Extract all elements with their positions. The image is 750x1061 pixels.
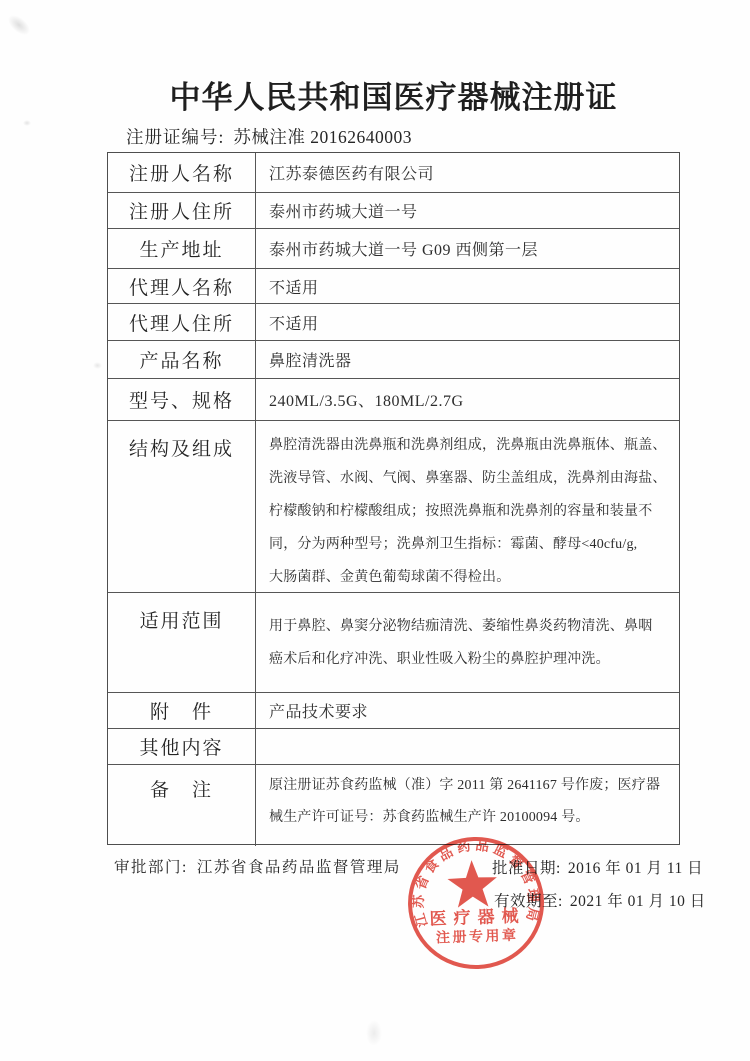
table-row: 代理人住所 不适用 (108, 304, 679, 341)
row-value: 产品技术要求 (256, 693, 679, 728)
row-value: 泰州市药城大道一号 (256, 193, 679, 228)
approval-date-label: 批准日期: (492, 860, 561, 877)
row-value: 用于鼻腔、鼻窦分泌物结痂清洗、萎缩性鼻炎药物清洗、鼻咽 癌术后和化疗冲洗、职业性… (256, 593, 679, 692)
row-value: 原注册证苏食药监械（准）字 2011 第 2641167 号作废；医疗器 械生产… (256, 765, 679, 846)
row-label: 注册人住所 (108, 193, 256, 228)
table-row: 注册人住所 泰州市药城大道一号 (108, 193, 679, 229)
valid-until-line: 有效期至:2021 年 01 月 10 日 (494, 889, 706, 911)
row-label: 代理人名称 (108, 269, 256, 303)
star-icon (447, 859, 498, 908)
row-label: 注册人名称 (108, 153, 256, 192)
document-title: 中华人民共和国医疗器械注册证 (107, 72, 680, 117)
registration-number-label: 注册证编号: (126, 127, 224, 147)
registration-number-value: 苏械注准 20162640003 (233, 127, 412, 147)
row-label: 适用范围 (108, 593, 256, 692)
table-row: 其他内容 (108, 729, 679, 765)
registration-number-line: 注册证编号:苏械注准 20162640003 (126, 124, 412, 149)
approval-date-value: 2016 年 01 月 11 日 (568, 860, 703, 877)
table-row: 代理人名称 不适用 (108, 269, 679, 304)
approval-date-line: 批准日期:2016 年 01 月 11 日 (492, 856, 703, 878)
scan-smudge (93, 362, 102, 369)
row-label: 备 注 (108, 765, 256, 846)
approval-department-label: 审批部门: (114, 859, 188, 876)
row-label: 产品名称 (108, 341, 256, 378)
scanned-certificate-page: 中华人民共和国医疗器械注册证 注册证编号:苏械注准 20162640003 注册… (0, 0, 750, 1061)
scan-smudge (366, 1020, 382, 1046)
seal-line2: 注册专用章 (436, 927, 519, 947)
row-label: 代理人住所 (108, 304, 256, 340)
table-row: 备 注 原注册证苏食药监械（准）字 2011 第 2641167 号作废；医疗器… (108, 765, 679, 846)
table-row: 生产地址 泰州市药城大道一号 G09 西侧第一层 (108, 229, 679, 269)
scan-smudge (23, 120, 31, 126)
valid-until-value: 2021 年 01 月 10 日 (570, 893, 706, 910)
row-value: 鼻腔清洗器 (256, 341, 679, 378)
row-label: 结构及组成 (108, 421, 256, 592)
scan-smudge (5, 11, 34, 38)
row-value: 泰州市药城大道一号 G09 西侧第一层 (256, 229, 679, 268)
row-value: 不适用 (256, 304, 679, 340)
valid-until-label: 有效期至: (494, 893, 563, 910)
row-value: 江苏泰德医药有限公司 (256, 153, 679, 192)
approval-department-value: 江苏省食品药品监督管理局 (197, 859, 401, 876)
table-row: 产品名称 鼻腔清洗器 (108, 341, 679, 379)
certificate-table: 注册人名称 江苏泰德医药有限公司 注册人住所 泰州市药城大道一号 生产地址 泰州… (107, 152, 680, 845)
table-row: 注册人名称 江苏泰德医药有限公司 (108, 153, 679, 193)
table-row: 型号、规格 240ML/3.5G、180ML/2.7G (108, 379, 679, 421)
table-row: 适用范围 用于鼻腔、鼻窦分泌物结痂清洗、萎缩性鼻炎药物清洗、鼻咽 癌术后和化疗冲… (108, 593, 679, 693)
approval-department-line: 审批部门:江苏省食品药品监督管理局 (114, 855, 401, 877)
row-label: 附 件 (108, 693, 256, 728)
row-value: 不适用 (256, 269, 679, 303)
seal-arc-text: 江苏省食品药品监督管理局 (407, 834, 542, 931)
row-value (256, 729, 679, 764)
row-value: 鼻腔清洗器由洗鼻瓶和洗鼻剂组成，洗鼻瓶由洗鼻瓶体、瓶盖、 洗液导管、水阀、气阀、… (256, 421, 679, 592)
row-value: 240ML/3.5G、180ML/2.7G (256, 379, 679, 420)
row-label: 其他内容 (108, 729, 256, 764)
table-row: 附 件 产品技术要求 (108, 693, 679, 729)
row-label: 生产地址 (108, 229, 256, 268)
table-row: 结构及组成 鼻腔清洗器由洗鼻瓶和洗鼻剂组成，洗鼻瓶由洗鼻瓶体、瓶盖、 洗液导管、… (108, 421, 679, 593)
row-label: 型号、规格 (108, 379, 256, 420)
